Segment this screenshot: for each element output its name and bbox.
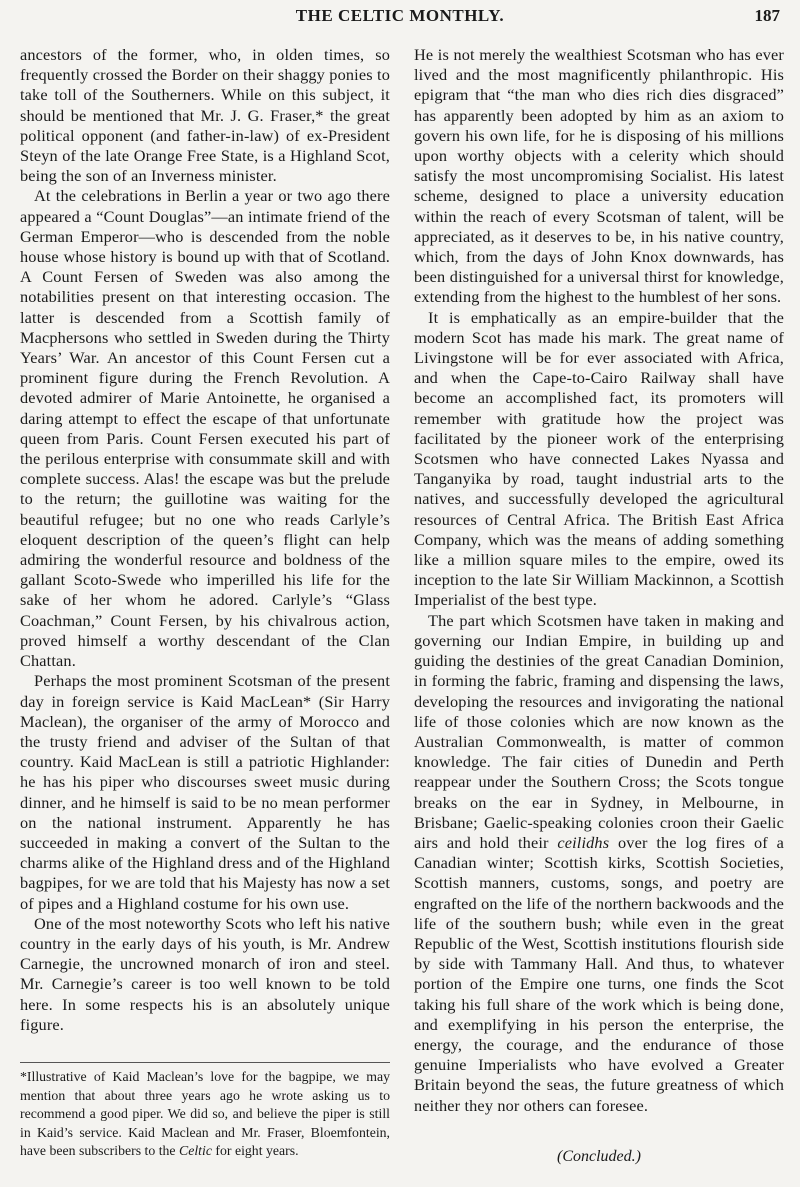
right-column: He is not merely the wealthiest Scotsman… <box>414 45 784 1116</box>
paragraph: At the celebrations in Berlin a year or … <box>20 186 390 671</box>
left-column: ancestors of the former, who, in olden t… <box>20 45 390 1035</box>
paragraph-text-end: over the log fires of a Canadian winter;… <box>414 833 784 1115</box>
paragraph: The part which Scotsmen have taken in ma… <box>414 611 784 1116</box>
page-number: 187 <box>755 6 781 26</box>
page-header: THE CELTIC MONTHLY. 187 <box>0 4 800 28</box>
footnote: *Illustrative of Kaid Maclean’s love for… <box>20 1068 390 1161</box>
paragraph: Perhaps the most prominent Scotsman of t… <box>20 671 390 913</box>
paragraph: He is not merely the wealthiest Scotsman… <box>414 45 784 308</box>
footnote-divider <box>20 1062 390 1063</box>
concluded-note: (Concluded.) <box>414 1148 784 1166</box>
running-title: THE CELTIC MONTHLY. <box>0 6 800 26</box>
paragraph-text: The part which Scotsmen have taken in ma… <box>414 611 784 852</box>
footnote-text-end: for eight years. <box>212 1143 299 1158</box>
paragraph: One of the most noteworthy Scots who lef… <box>20 914 390 1035</box>
paragraph: ancestors of the former, who, in olden t… <box>20 45 390 186</box>
footnote-italic: Celtic <box>179 1143 212 1158</box>
italic-term: ceilidhs <box>557 833 609 852</box>
paragraph: It is emphatically as an empire-builder … <box>414 308 784 611</box>
